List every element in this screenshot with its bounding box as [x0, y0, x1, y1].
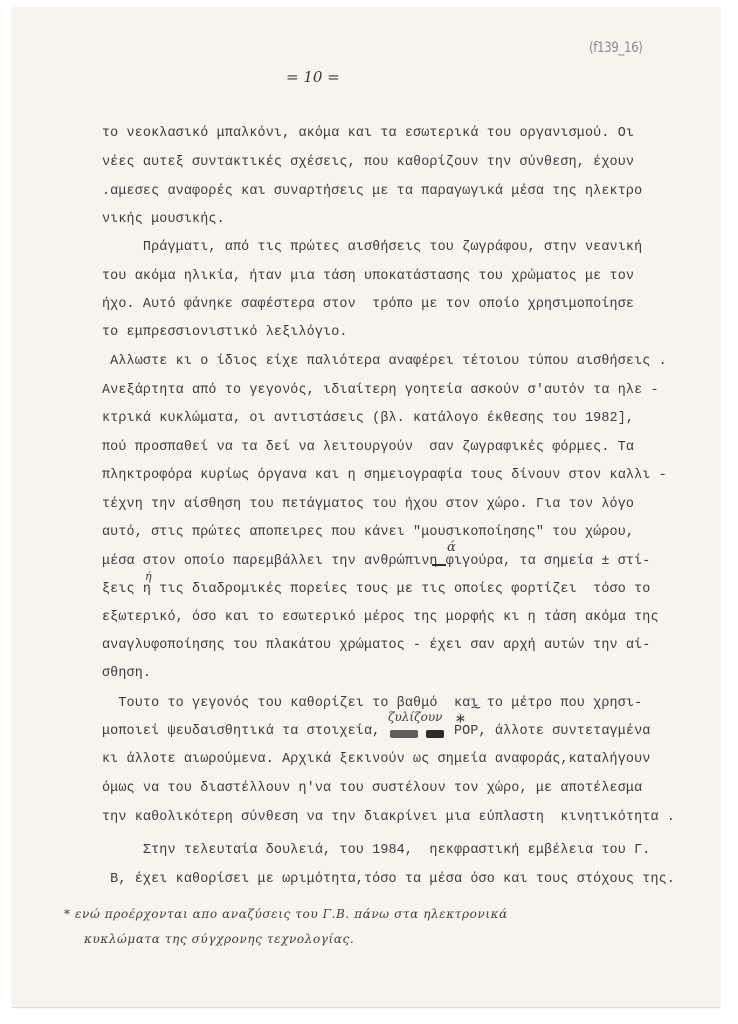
text-line: αυτό, στις πρώτες αποπειρες που κάνει "μ…	[102, 525, 634, 540]
text-line: Τουτο το γεγονός του καθορίζει το βαθμό …	[102, 696, 642, 711]
text-line: την καθολικότερη σύνθεση να την διακρίνε…	[102, 810, 675, 825]
strikethrough-mark	[432, 564, 446, 566]
text-line: Αλλωστε κι ο ίδιος είχε παλιότερα αναφέρ…	[102, 354, 667, 369]
text-line: ξεις η τις διαδρομικές πορείες τους με τ…	[102, 582, 650, 597]
text-line: σθηση.	[102, 666, 151, 681]
text-line: Πράγματι, από τις πρώτες αισθήσεις του ζ…	[102, 240, 642, 255]
text-line: τέχνη την αίσθηση του πετάγματος του ήχο…	[102, 497, 634, 512]
footnote-line: κυκλώματα της σύγχρονης τεχνολογίας.	[84, 932, 354, 946]
footnote-line: * ενώ προέρχονται απο αναζύσεις του Γ.Β.…	[64, 907, 508, 921]
text-line: πληκτροφόρα κυρίως όργανα και η σημειογρ…	[102, 468, 667, 483]
text-line: νικής μουσικής.	[102, 212, 225, 227]
text-line: Β, έχει καθορίσει με ωριμότητα,τόσο τα μ…	[102, 872, 675, 887]
handwritten-insertion: ζυλίζουν	[388, 710, 442, 724]
text-line: κτρικά κυκλώματα, οι αντιστάσεις (βλ. κα…	[102, 411, 634, 426]
page-number: = 10 =	[286, 68, 340, 86]
archive-reference: (f139_16)	[589, 40, 642, 56]
text-line: Στην τελευταία δουλειά, του 1984, ηεκφρα…	[102, 843, 650, 858]
tilde-mark: ~	[470, 700, 482, 716]
handwritten-accent: ά	[447, 540, 456, 555]
crossed-out-word	[390, 730, 418, 738]
text-line: μοποιεί ψευδαισθητικά τα στοιχεία, POP, …	[102, 724, 650, 739]
text-line: αναγλυφοποίησης του πλακάτου χρώματος - …	[102, 638, 650, 653]
text-line: πού προσπαθεί να τα δεί να λειτουργούν σ…	[102, 440, 634, 455]
text-line: το εμπρεσσιονιστικό λεξιλόγιο.	[102, 325, 348, 340]
text-line: Ανεξάρτητα από το γεγονός, ιδιαίτερη γοη…	[102, 383, 659, 398]
text-line: του ακόμα ηλικία, ήταν μια τάση υποκατάσ…	[102, 269, 634, 284]
text-line: όμως να του διαστέλλουν η'να του συστέλο…	[102, 781, 642, 796]
text-line: το νεοκλασικό μπαλκόνι, ακόμα και τα εσω…	[102, 126, 634, 141]
text-line: κι άλλοτε αιωρούμενα. Αρχικά ξεκινούν ως…	[102, 752, 650, 767]
handwritten-accent: ή	[145, 570, 152, 583]
text-line: ήχο. Αυτό φάνηκε σαφέστερα στον τρόπο με…	[102, 297, 634, 312]
asterisk-mark: *	[456, 712, 465, 732]
crossed-out-word	[426, 730, 444, 738]
text-line: .αμεσες αναφορές και συναρτήσεις με τα π…	[102, 184, 642, 199]
text-line: εξωτερικό, όσο και το εσωτερικό μέρος τη…	[102, 610, 659, 625]
text-line: μέσα στον οποίο παρεμβάλλει την ανθρώπιν…	[102, 554, 650, 569]
text-line: νέες αυτεξ συντακτικές σχέσεις, που καθο…	[102, 155, 634, 170]
